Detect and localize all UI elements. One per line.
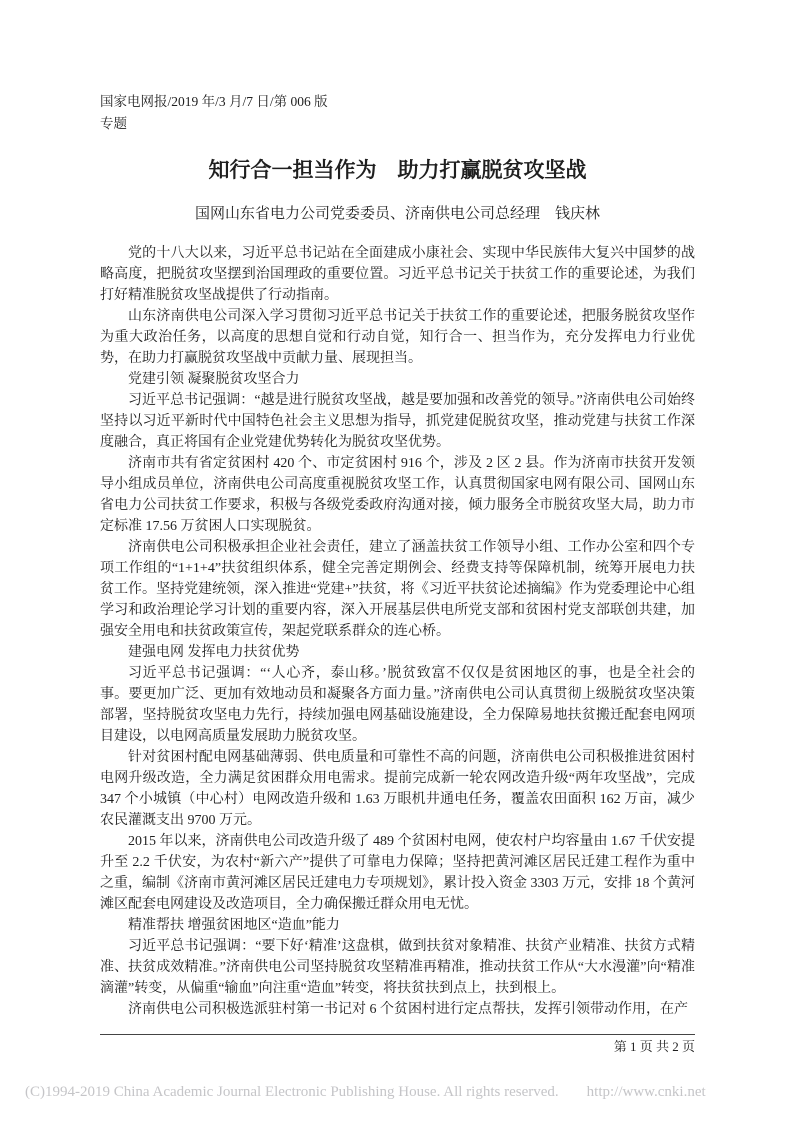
paragraph: 针对贫困村配电网基础薄弱、供电质量和可靠性不高的问题，济南供电公司积极推进贫困村…	[100, 747, 695, 831]
paragraph: 2015 年以来，济南供电公司改造升级了 489 个贫困村电网，使农村户均容量由…	[100, 831, 695, 915]
column-label: 专题	[100, 113, 695, 135]
article-body: 党的十八大以来，习近平总书记站在全面建成小康社会、实现中华民族伟大复兴中国梦的战…	[100, 243, 695, 1020]
publication-info: 国家电网报/2019 年/3 月/7 日/第 006 版 专题	[100, 0, 695, 135]
paragraph: 党的十八大以来，习近平总书记站在全面建成小康社会、实现中华民族伟大复兴中国梦的战…	[100, 243, 695, 306]
document-page: 国家电网报/2019 年/3 月/7 日/第 006 版 专题 知行合一担当作为…	[0, 0, 793, 1122]
section-heading: 建强电网 发挥电力扶贫优势	[100, 642, 695, 663]
article-byline: 国网山东省电力公司党委委员、济南供电公司总经理 钱庆林	[100, 203, 695, 225]
cnki-url: http://www.cnki.net	[587, 1084, 706, 1100]
page-number: 第 1 页 共 2 页	[100, 1038, 695, 1056]
paragraph: 习近平总书记强调：“‘人心齐，泰山移。’脱贫致富不仅仅是贫困地区的事，也是全社会…	[100, 663, 695, 747]
page-footer: 第 1 页 共 2 页	[100, 1034, 695, 1056]
paragraph: 习近平总书记强调：“要下好‘精准’这盘棋，做到扶贫对象精准、扶贫产业精准、扶贫方…	[100, 936, 695, 999]
paragraph: 济南供电公司积极承担企业社会责任，建立了涵盖扶贫工作领导小组、工作办公室和四个专…	[100, 537, 695, 642]
copyright-text: (C)1994-2019 China Academic Journal Elec…	[25, 1084, 559, 1100]
publication-line: 国家电网报/2019 年/3 月/7 日/第 006 版	[100, 91, 695, 113]
section-heading: 党建引领 凝聚脱贫攻坚合力	[100, 369, 695, 390]
section-heading: 精准帮扶 增强贫困地区“造血”能力	[100, 915, 695, 936]
paragraph: 济南供电公司积极选派驻村第一书记对 6 个贫困村进行定点帮扶，发挥引领带动作用，…	[100, 999, 695, 1020]
paragraph: 济南市共有省定贫困村 420 个、市定贫困村 916 个，涉及 2 区 2 县。…	[100, 453, 695, 537]
paragraph: 山东济南供电公司深入学习贯彻习近平总书记关于扶贫工作的重要论述，把服务脱贫攻坚作…	[100, 306, 695, 369]
article-title: 知行合一担当作为 助力打赢脱贫攻坚战	[100, 155, 695, 185]
copyright-notice: (C)1994-2019 China Academic Journal Elec…	[25, 1082, 785, 1102]
paragraph: 习近平总书记强调：“越是进行脱贫攻坚战，越是要加强和改善党的领导。”济南供电公司…	[100, 390, 695, 453]
